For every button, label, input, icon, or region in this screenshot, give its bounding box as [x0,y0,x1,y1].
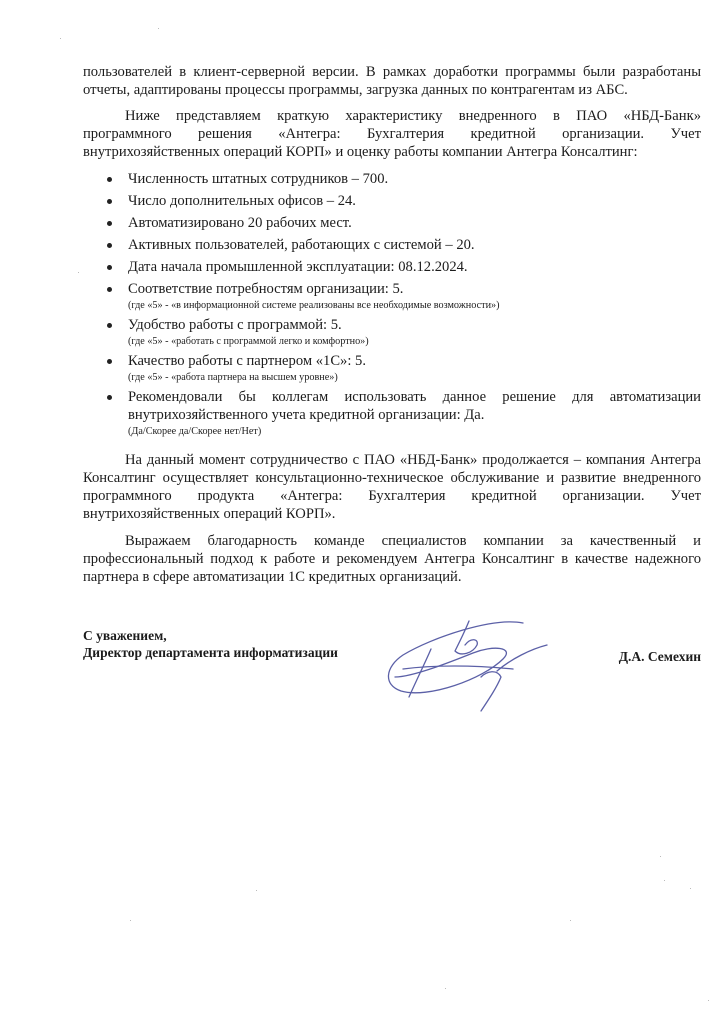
fact-text: Автоматизировано 20 рабочих мест. [128,215,352,231]
list-item: Качество работы с партнером «1С»: 5.(где… [83,352,701,384]
bullet-icon [107,243,112,248]
list-item: Соответствие потребностям организации: 5… [83,280,701,312]
signatory-title: С уважением, Директор департамента инфор… [83,627,338,661]
handwritten-signature-icon [373,607,573,717]
bullet-icon [107,199,112,204]
fact-text: Активных пользователей, работающих с сис… [128,237,475,253]
fact-text: Рекомендовали бы коллегам использовать д… [128,389,701,423]
bullet-icon [107,177,112,182]
list-item: Активных пользователей, работающих с сис… [83,236,701,254]
gratitude-paragraph: Выражаем благодарность команде специалис… [83,532,701,586]
cooperation-paragraph: На данный момент сотрудничество с ПАО «Н… [83,451,701,523]
fact-note: (где «5» - «в информационной системе реа… [128,299,701,312]
list-item: Численность штатных сотрудников – 700. [83,170,701,188]
list-item: Дата начала промышленной эксплуатации: 0… [83,258,701,276]
fact-note: (где «5» - «работа партнера на высшем ур… [128,371,701,384]
bullet-icon [107,221,112,226]
position-text: Директор департамента информатизации [83,644,338,661]
bullet-icon [107,359,112,364]
facts-list: Численность штатных сотрудников – 700. Ч… [83,170,701,438]
bullet-icon [107,287,112,292]
fact-note: (Да/Скорее да/Скорее нет/Нет) [128,425,701,438]
fact-text: Дата начала промышленной эксплуатации: 0… [128,259,468,275]
fact-note: (где «5» - «работать с программой легко … [128,335,701,348]
signature-block: С уважением, Директор департамента инфор… [83,627,701,737]
signatory-name: Д.А. Семехин [619,648,701,665]
bullet-icon [107,265,112,270]
fact-text: Удобство работы с программой: 5. [128,317,342,333]
list-item: Автоматизировано 20 рабочих мест. [83,214,701,232]
fact-text: Качество работы с партнером «1С»: 5. [128,353,366,369]
summary-paragraph: Ниже представляем краткую характеристику… [83,107,701,161]
fact-text: Численность штатных сотрудников – 700. [128,171,388,187]
fact-text: Соответствие потребностям организации: 5… [128,281,403,297]
list-item: Удобство работы с программой: 5.(где «5»… [83,316,701,348]
bullet-icon [107,395,112,400]
list-item: Рекомендовали бы коллегам использовать д… [83,388,701,438]
intro-paragraph: пользователей в клиент-серверной версии.… [83,63,701,99]
fact-text: Число дополнительных офисов – 24. [128,193,356,209]
closing-text: С уважением, [83,627,338,644]
bullet-icon [107,323,112,328]
letter-body: пользователей в клиент-серверной версии.… [83,63,701,586]
list-item: Число дополнительных офисов – 24. [83,192,701,210]
